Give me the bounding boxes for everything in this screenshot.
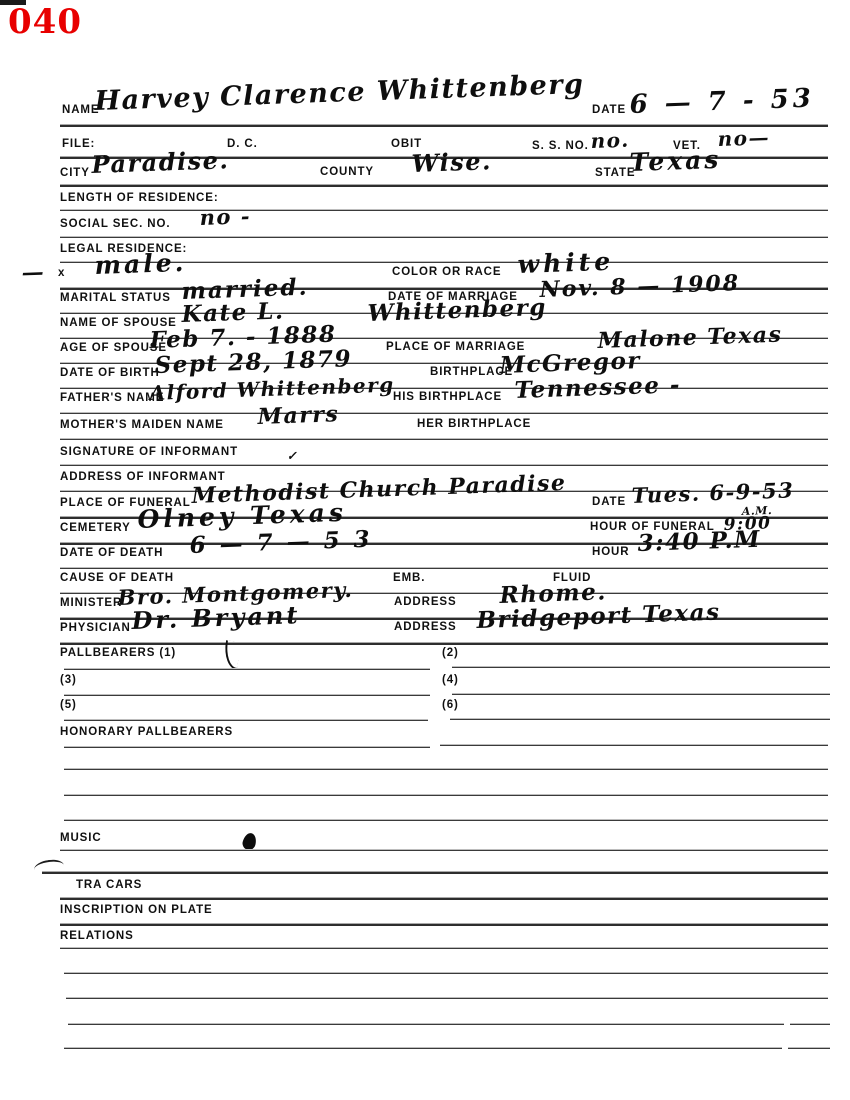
her-birthplace-label: HER BIRTHPLACE (417, 418, 531, 430)
rule (440, 744, 828, 746)
spouse-surname-value: Whittenberg (367, 296, 547, 325)
funeral-date-value: Tues. 6-9-53 (631, 479, 794, 506)
emb-label: EMB. (393, 572, 425, 584)
name-value: Harvey Clarence Whittenberg (94, 71, 585, 115)
inscription-on-plate-label: INSCRIPTION ON PLATE (60, 904, 213, 916)
hour-of-death-label: HOUR (592, 546, 629, 558)
rule (60, 438, 828, 440)
fathers-name-value: Alford Whittenberg (149, 374, 395, 403)
informant-signature-mark: ✓ (287, 450, 299, 462)
date-of-marriage-value: Nov. 8 — 1908 (539, 272, 740, 301)
ssno-label: S. S. NO. (532, 140, 589, 152)
cemetery-label: CEMETERY (60, 522, 131, 534)
minister-label: MINISTER (60, 597, 122, 609)
rule (66, 997, 828, 999)
rule (788, 1047, 830, 1049)
city-value: Paradise. (91, 148, 229, 177)
color-or-race-value: white (517, 249, 614, 277)
county-label: COUNTY (320, 166, 374, 178)
mothers-maiden-name-label: MOTHER'S MAIDEN NAME (60, 419, 224, 431)
his-birthplace-label: HIS BIRTHPLACE (393, 391, 502, 403)
state-value: Texas (629, 147, 722, 175)
rule (60, 642, 828, 645)
rule (452, 666, 830, 668)
funeral-record-form: 040 NAME Harvey Clarence Whittenberg DAT… (0, 0, 850, 1100)
file-label: FILE: (62, 138, 95, 150)
date-of-death-label: DATE OF DEATH (60, 547, 163, 559)
rule (64, 746, 430, 748)
cause-of-death-label: CAUSE OF DEATH (60, 572, 174, 584)
rule (60, 184, 828, 187)
ssno-value: no. (590, 130, 630, 151)
rule (60, 209, 828, 211)
pallbearers-3-label: (3) (60, 674, 77, 686)
pallbearers-4-label: (4) (442, 674, 459, 686)
pallbearers-5-label: (5) (60, 699, 77, 711)
rule (450, 718, 830, 720)
date-label: DATE (592, 104, 626, 116)
rule (42, 871, 828, 874)
music-label: MUSIC (60, 832, 102, 844)
physician-address-label: ADDRESS (394, 621, 457, 633)
date-of-birth-label: DATE OF BIRTH (60, 367, 160, 379)
marital-status-label: MARITAL STATUS (60, 292, 171, 304)
rule (64, 1047, 782, 1049)
physician-label: PHYSICIAN (60, 622, 131, 634)
rule (64, 972, 828, 974)
length-of-residence-label: LENGTH OF RESIDENCE: (60, 192, 219, 204)
pallbearers-1-label: PALLBEARERS (1) (60, 647, 176, 659)
rule (64, 768, 828, 770)
fathers-name-label: FATHER'S NAME (60, 392, 164, 404)
date-value: 6 — 7 - 53 (629, 86, 815, 118)
city-label: CITY (60, 167, 90, 179)
rule (68, 1023, 784, 1025)
mothers-maiden-name-value: Marrs (257, 403, 339, 428)
date-of-birth-value: Sept 28, 1879 (154, 347, 352, 377)
rule (60, 236, 828, 238)
hour-of-death-value: 3:40 P.M (637, 528, 761, 555)
social-sec-no-value: no - (199, 205, 251, 228)
sex-label: x (58, 267, 65, 279)
rule (64, 694, 430, 696)
minister-address-label: ADDRESS (394, 596, 457, 608)
extra-cars-label: TRA CARS (76, 879, 142, 891)
rule (60, 849, 828, 851)
pen-stroke (222, 640, 241, 670)
social-sec-no-label: SOCIAL SEC. NO. (60, 218, 170, 230)
relations-label: RELATIONS (60, 930, 134, 942)
sex-dash: — (21, 261, 45, 284)
rule (60, 464, 828, 466)
his-birthplace-value: Tennessee - (514, 373, 681, 402)
address-of-informant-label: ADDRESS OF INFORMANT (60, 471, 226, 483)
physician-address-value: Bridgeport Texas (476, 601, 721, 632)
pallbearers-6-label: (6) (442, 699, 459, 711)
rule (64, 719, 428, 721)
rule (60, 567, 828, 569)
color-or-race-label: COLOR OR RACE (392, 266, 501, 278)
rule (790, 1023, 830, 1025)
pallbearers-2-label: (2) (442, 647, 459, 659)
sex-value: male. (94, 250, 187, 278)
page-number-stamp: 040 (8, 2, 82, 42)
dc-label: D. C. (227, 138, 258, 150)
funeral-date-label: DATE (592, 496, 626, 508)
rule (60, 124, 828, 127)
rule (64, 794, 828, 796)
signature-of-informant-label: SIGNATURE OF INFORMANT (60, 446, 238, 458)
rule (60, 923, 828, 926)
date-of-death-value: 6 — 7 — 5 3 (189, 528, 373, 557)
county-value: Wise. (411, 149, 492, 176)
rule (60, 947, 828, 949)
rule (60, 897, 828, 900)
honorary-pallbearers-label: HONORARY PALLBEARERS (60, 726, 233, 738)
rule (64, 819, 828, 821)
rule (64, 668, 430, 670)
rule (452, 693, 830, 695)
vet-value: no— (717, 127, 770, 149)
physician-value: Dr. Bryant (131, 603, 301, 633)
rule (60, 412, 828, 414)
